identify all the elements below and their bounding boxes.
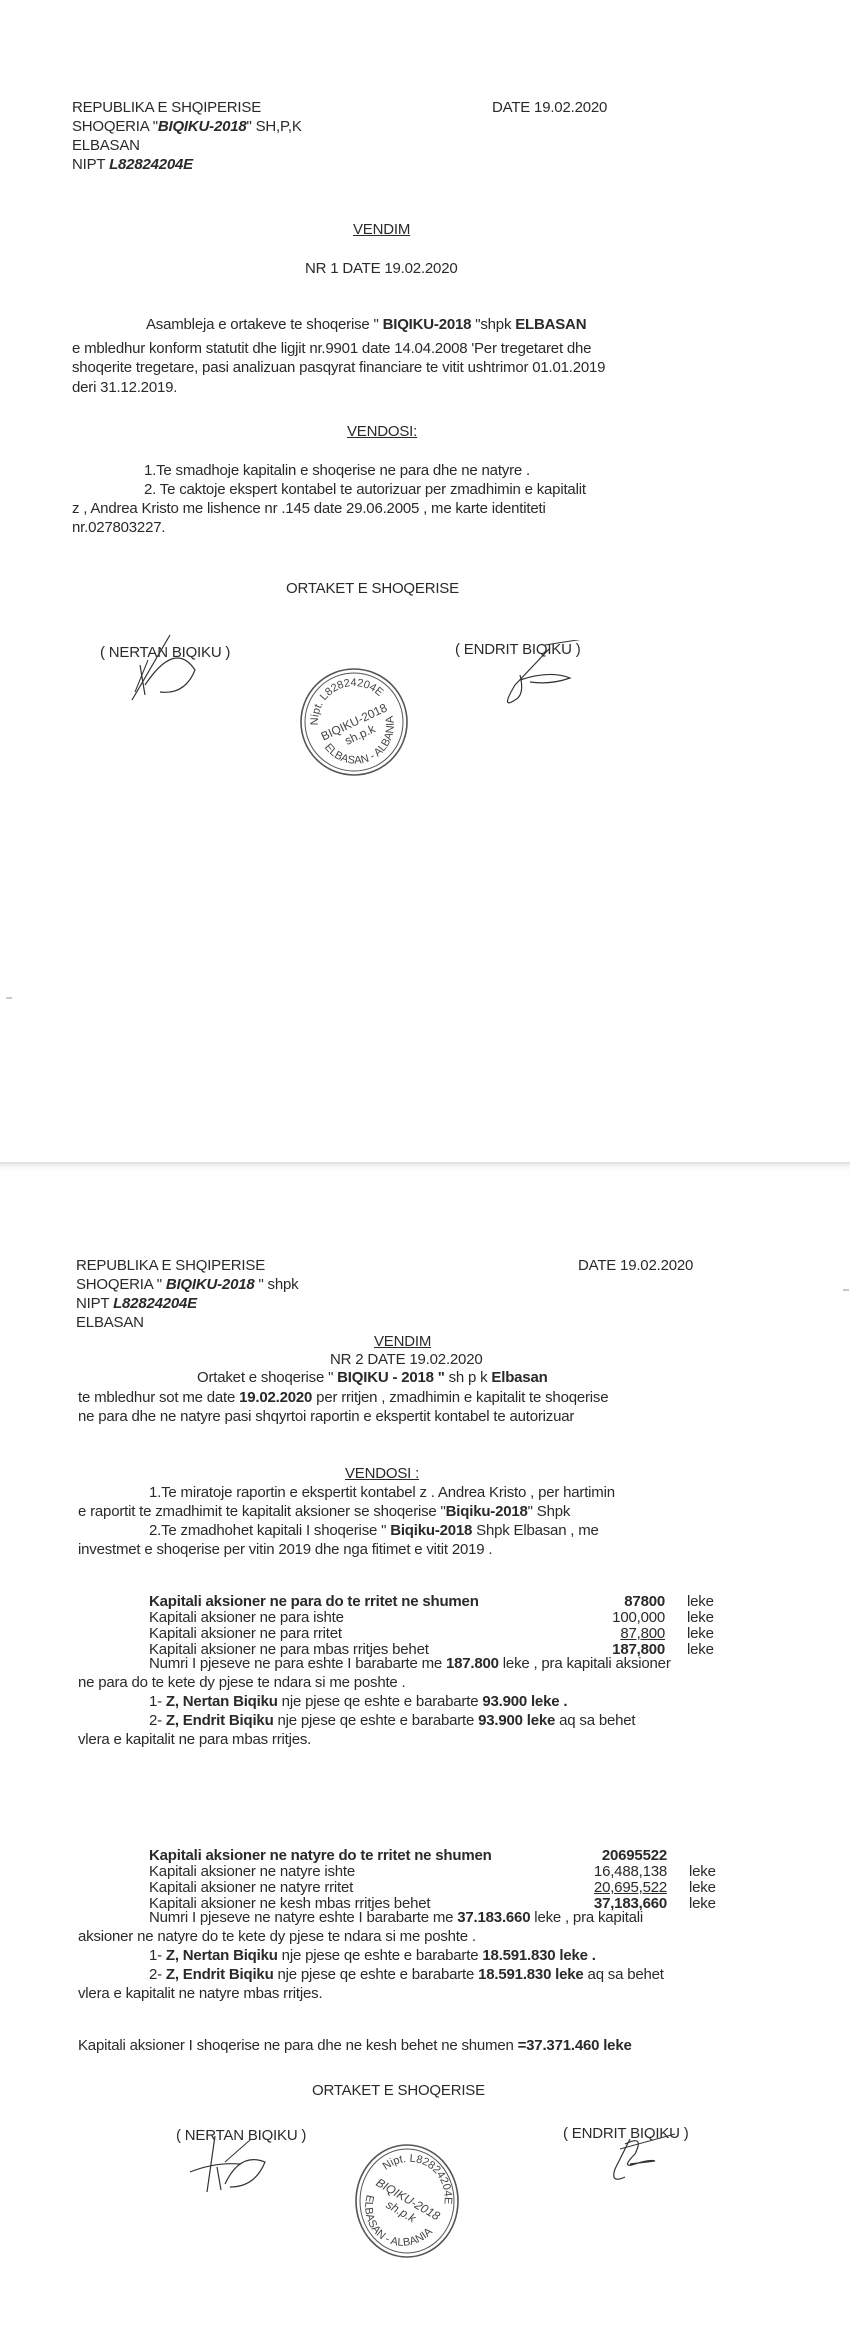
document-page-1: REPUBLIKA E SHQIPERISE SHOQERIA "BIQIKU-… [0, 0, 850, 1162]
scan-artifact [843, 1289, 849, 1291]
intro-line-1: Ortaket e shoqerise " BIQIKU - 2018 " sh… [197, 1368, 548, 1388]
header-nipt: NIPT L82824204E [76, 1294, 197, 1314]
company-name: BIQIKU-2018 [166, 1276, 255, 1293]
decision-item-1-cont: e raportit te zmadhimit te kapitalit aks… [78, 1502, 570, 1522]
header-date: DATE 19.02.2020 [492, 98, 607, 118]
cash-shares-p2: ne para do te kete dy pjese te ndara si … [78, 1673, 406, 1693]
scan-artifact [6, 997, 12, 999]
intro-line-2: te mbledhur sot me date 19.02.2020 per r… [78, 1388, 608, 1408]
kind-share-endrit: 2- Z, Endrit Biqiku nje pjese qe eshte e… [149, 1965, 664, 1985]
decision-title: VENDIM [374, 1332, 431, 1352]
nipt-value: L82824204E [113, 1295, 197, 1312]
decision-title: VENDIM [353, 220, 410, 240]
partners-title: ORTAKET E SHOQERISE [312, 2081, 485, 2101]
decides-title: VENDOSI : [345, 1464, 419, 1484]
decision-item-1: 1.Te miratoje raportin e ekspertit konta… [149, 1483, 615, 1503]
row-unit: leke [689, 1894, 716, 1914]
document-page-2: REPUBLIKA E SHQIPERISE SHOQERIA " BIQIKU… [0, 1162, 850, 2326]
company-stamp: Nipt. L82824204E ELBASAN - ALBANIA BIQIK… [298, 666, 410, 778]
kind-shares-p1: Numri I pjeseve ne natyre eshte I baraba… [149, 1908, 643, 1928]
signature-nertan [100, 630, 220, 710]
cash-shares-p3: vlera e kapitalit ne para mbas rritjes. [78, 1730, 311, 1750]
header-republic: REPUBLIKA E SHQIPERISE [72, 98, 261, 118]
decision-number-date: NR 1 DATE 19.02.2020 [305, 259, 457, 279]
header-city: ELBASAN [76, 1313, 144, 1333]
decision-item-2: 2.Te zmadhohet kapitali I shoqerise " Bi… [149, 1521, 599, 1541]
decision-item-2-cont: investmet e shoqerise per vitin 2019 dhe… [78, 1540, 492, 1560]
intro-line-1: Asambleja e ortakeve te shoqerise " BIQI… [146, 315, 586, 335]
signature-nertan [185, 2132, 295, 2202]
decision-item-2-cont2: nr.027803227. [72, 518, 165, 538]
intro-line-3: ne para dhe ne natyre pasi shqyrtoi rapo… [78, 1407, 574, 1427]
signature-endrit [490, 640, 600, 710]
decision-item-1: 1.Te smadhoje kapitalin e shoqerise ne p… [144, 461, 530, 481]
row-unit: leke [687, 1640, 714, 1660]
intro-line-4: deri 31.12.2019. [72, 378, 177, 398]
header-republic: REPUBLIKA E SHQIPERISE [76, 1256, 265, 1276]
header-nipt: NIPT L82824204E [72, 155, 193, 175]
cash-shares-p1: Numri I pjeseve ne para eshte I barabart… [149, 1654, 671, 1674]
intro-line-2: e mbledhur konform statutit dhe ligjit n… [72, 339, 591, 359]
header-city: ELBASAN [72, 136, 140, 156]
signature-endrit [600, 2129, 680, 2189]
kind-shares-p2: aksioner ne natyre do te kete dy pjese t… [78, 1927, 476, 1947]
total-capital-value: =37.371.460 leke [518, 2037, 632, 2054]
kind-shares-p3: vlera e kapitalit ne natyre mbas rritjes… [78, 1984, 322, 2004]
decision-item-2-cont: z , Andrea Kristo me lishence nr .145 da… [72, 499, 546, 519]
nipt-value: L82824204E [109, 156, 193, 173]
kind-share-nertan: 1- Z, Nertan Biqiku nje pjese qe eshte e… [149, 1946, 596, 1966]
total-capital: Kapitali aksioner I shoqerise ne para dh… [78, 2036, 632, 2056]
decision-number-date: NR 2 DATE 19.02.2020 [330, 1350, 482, 1370]
header-company: SHOQERIA " BIQIKU-2018 " shpk [76, 1275, 298, 1295]
header-date: DATE 19.02.2020 [578, 1256, 693, 1276]
header-company: SHOQERIA "BIQIKU-2018" SH,P,K [72, 117, 302, 137]
partners-title: ORTAKET E SHOQERISE [286, 579, 459, 599]
cash-share-nertan: 1- Z, Nertan Biqiku nje pjese qe eshte e… [149, 1692, 567, 1712]
intro-line-3: shoqerite tregetare, pasi analizuan pasq… [72, 358, 605, 378]
decides-title: VENDOSI: [347, 422, 417, 442]
company-name: BIQIKU-2018 [158, 118, 247, 135]
decision-item-2: 2. Te caktoje ekspert kontabel te autori… [144, 480, 586, 500]
cash-share-endrit: 2- Z, Endrit Biqiku nje pjese qe eshte e… [149, 1711, 635, 1731]
company-stamp: Nipt. L82824204E ELBASAN - ALBANIA BIQIK… [352, 2141, 462, 2261]
